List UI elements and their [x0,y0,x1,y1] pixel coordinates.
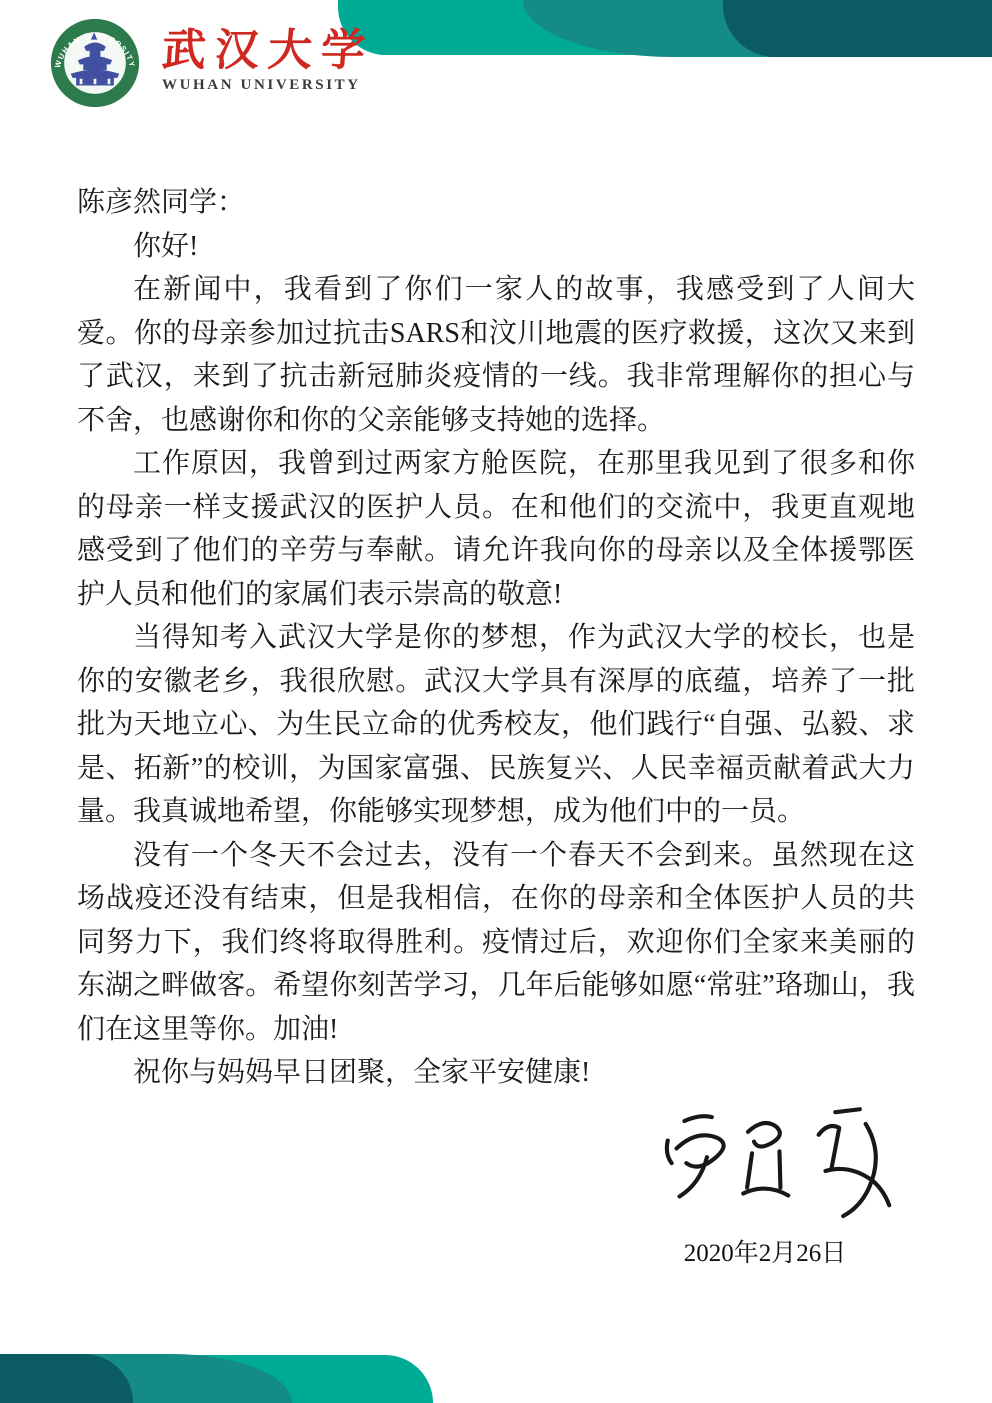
paragraph-1: 在新闻中，我看到了你们一家人的故事，我感受到了人间大爱。你的母亲参加过抗击SAR… [77,268,915,442]
signature-handwriting [655,1100,900,1240]
greeting-line: 你好! [77,225,915,269]
closing-line: 祝你与妈妈早日团聚，全家平安健康! [77,1051,915,1095]
logotype: 武汉大学 WUHAN UNIVERSITY [162,18,374,94]
letter-page: WUHAN UNIVERSITY 武汉大学 WUHAN UNIVERSITY 陈… [0,0,992,1403]
letter-date: 2020年2月26日 [650,1233,880,1269]
paragraph-2: 工作原因，我曾到过两家方舱医院，在那里我见到了很多和你的母亲一样支援武汉的医护人… [77,442,915,616]
university-name-english: WUHAN UNIVERSITY [162,77,374,94]
paragraph-3: 当得知考入武汉大学是你的梦想，作为武汉大学的校长，也是你的安徽老乡，我很欣慰。武… [77,616,915,834]
recipient-line: 陈彦然同学： [77,181,915,225]
paragraph-4: 没有一个冬天不会过去，没有一个春天不会到来。虽然现在这场战疫还没有结束，但是我相… [77,834,915,1052]
letterhead: WUHAN UNIVERSITY 武汉大学 WUHAN UNIVERSITY [50,18,374,108]
top-right-decor-dark-teal [723,0,992,57]
wuhan-university-emblem-icon: WUHAN UNIVERSITY [50,18,140,108]
university-name-chinese: 武汉大学 [160,28,375,74]
letter-body: 陈彦然同学： 你好! 在新闻中，我看到了你们一家人的故事，我感受到了人间大爱。你… [77,181,915,1095]
